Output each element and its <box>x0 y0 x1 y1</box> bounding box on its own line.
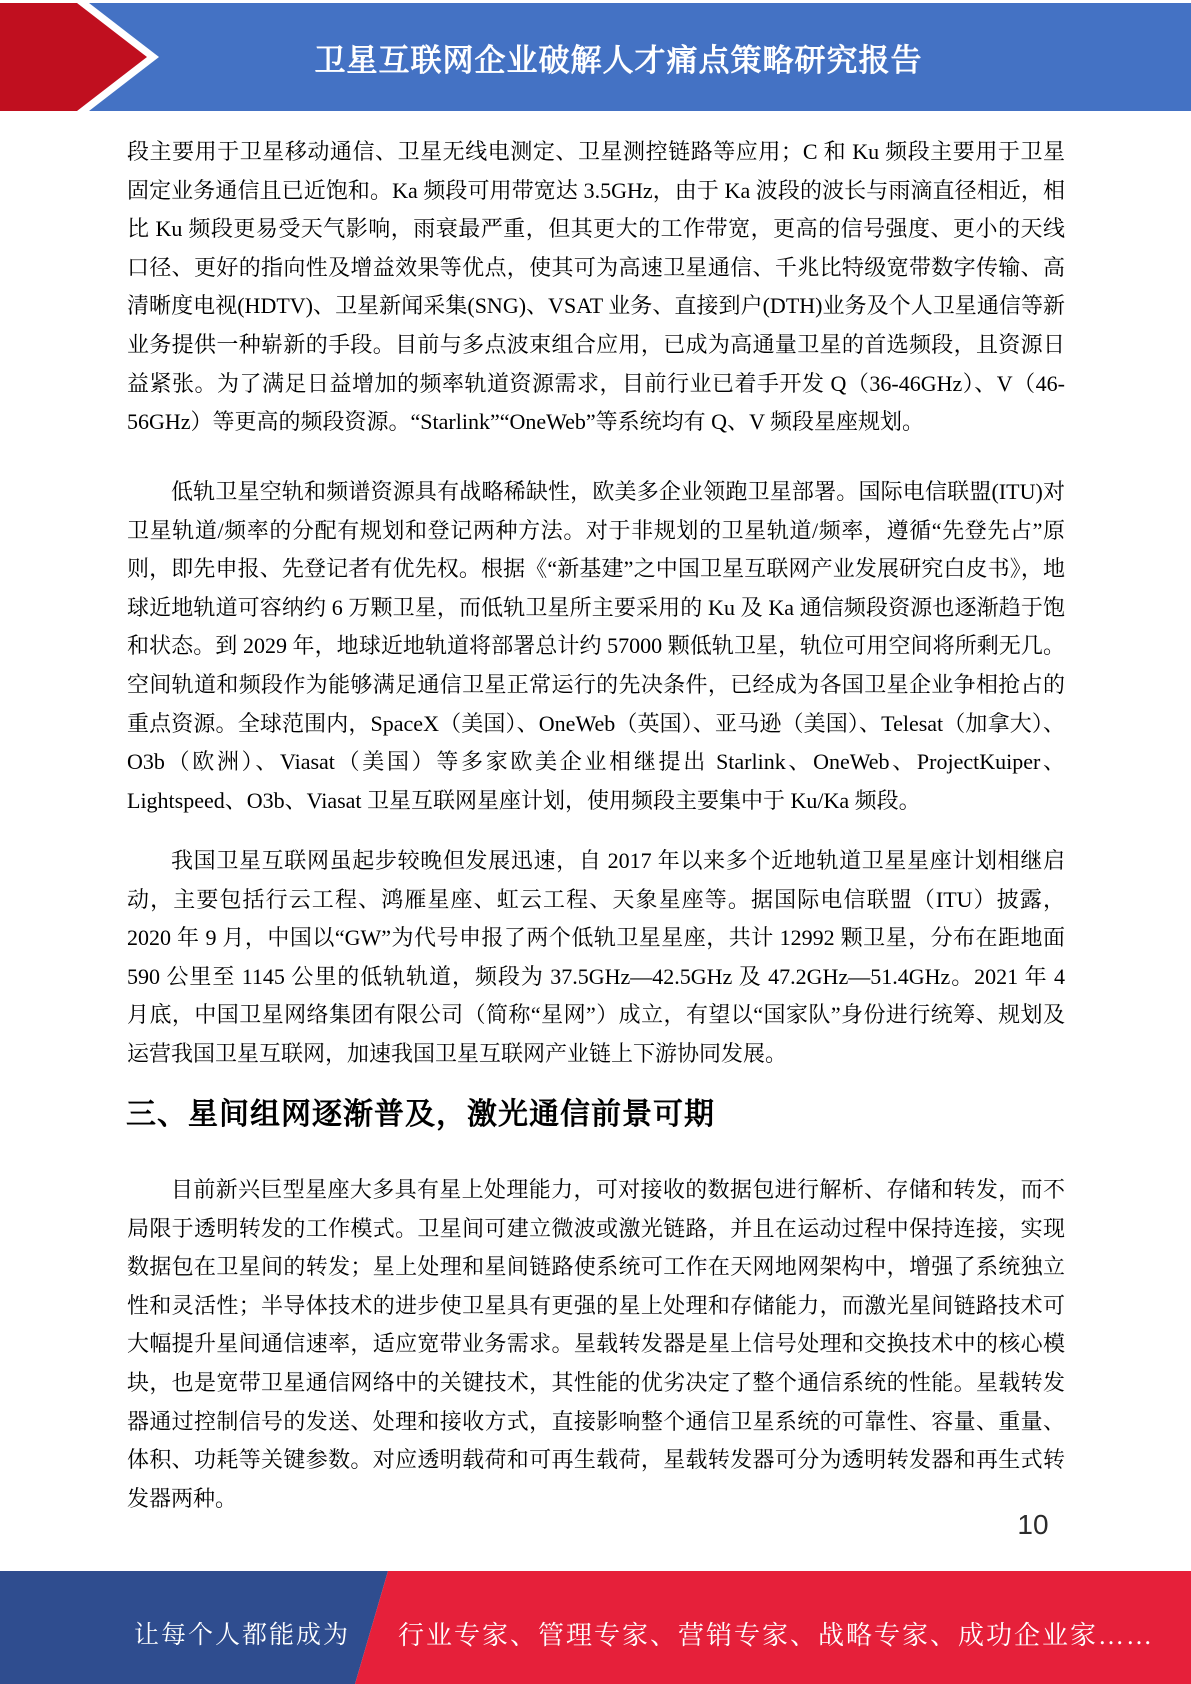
section-heading: 三、星间组网逐渐普及，激光通信前景可期 <box>126 1094 1066 1136</box>
header-banner: 卫星互联网企业破解人才痛点策略研究报告 <box>0 3 1191 111</box>
body-paragraph: 低轨卫星空轨和频谱资源具有战略稀缺性，欧美多企业领跑卫星部署。国际电信联盟(IT… <box>127 473 1065 820</box>
body-paragraph: 我国卫星互联网虽起步较晚但发展迅速，自 2017 年以来多个近地轨道卫星星座计划… <box>127 842 1065 1074</box>
footer-banner: 让每个人都能成为 行业专家、管理专家、营销专家、战略专家、成功企业家…… <box>0 1571 1191 1684</box>
footer-right-slogan: 行业专家、管理专家、营销专家、战略专家、成功企业家…… <box>398 1620 1154 1652</box>
report-title: 卫星互联网企业破解人才痛点策略研究报告 <box>269 35 923 80</box>
red-arrow-icon <box>0 3 165 111</box>
body-paragraph: 目前新兴巨型星座大多具有星上处理能力，可对接收的数据包进行解析、存储和转发，而不… <box>127 1171 1065 1518</box>
page-number: 10 <box>985 1509 1081 1541</box>
footer-left-slogan: 让每个人都能成为 <box>0 1621 350 1651</box>
report-page: 卫星互联网企业破解人才痛点策略研究报告 段主要用于卫星移动通信、卫星无线电测定、… <box>0 0 1191 1684</box>
body-paragraph: 段主要用于卫星移动通信、卫星无线电测定、卫星测控链路等应用；C 和 Ku 频段主… <box>127 133 1065 442</box>
